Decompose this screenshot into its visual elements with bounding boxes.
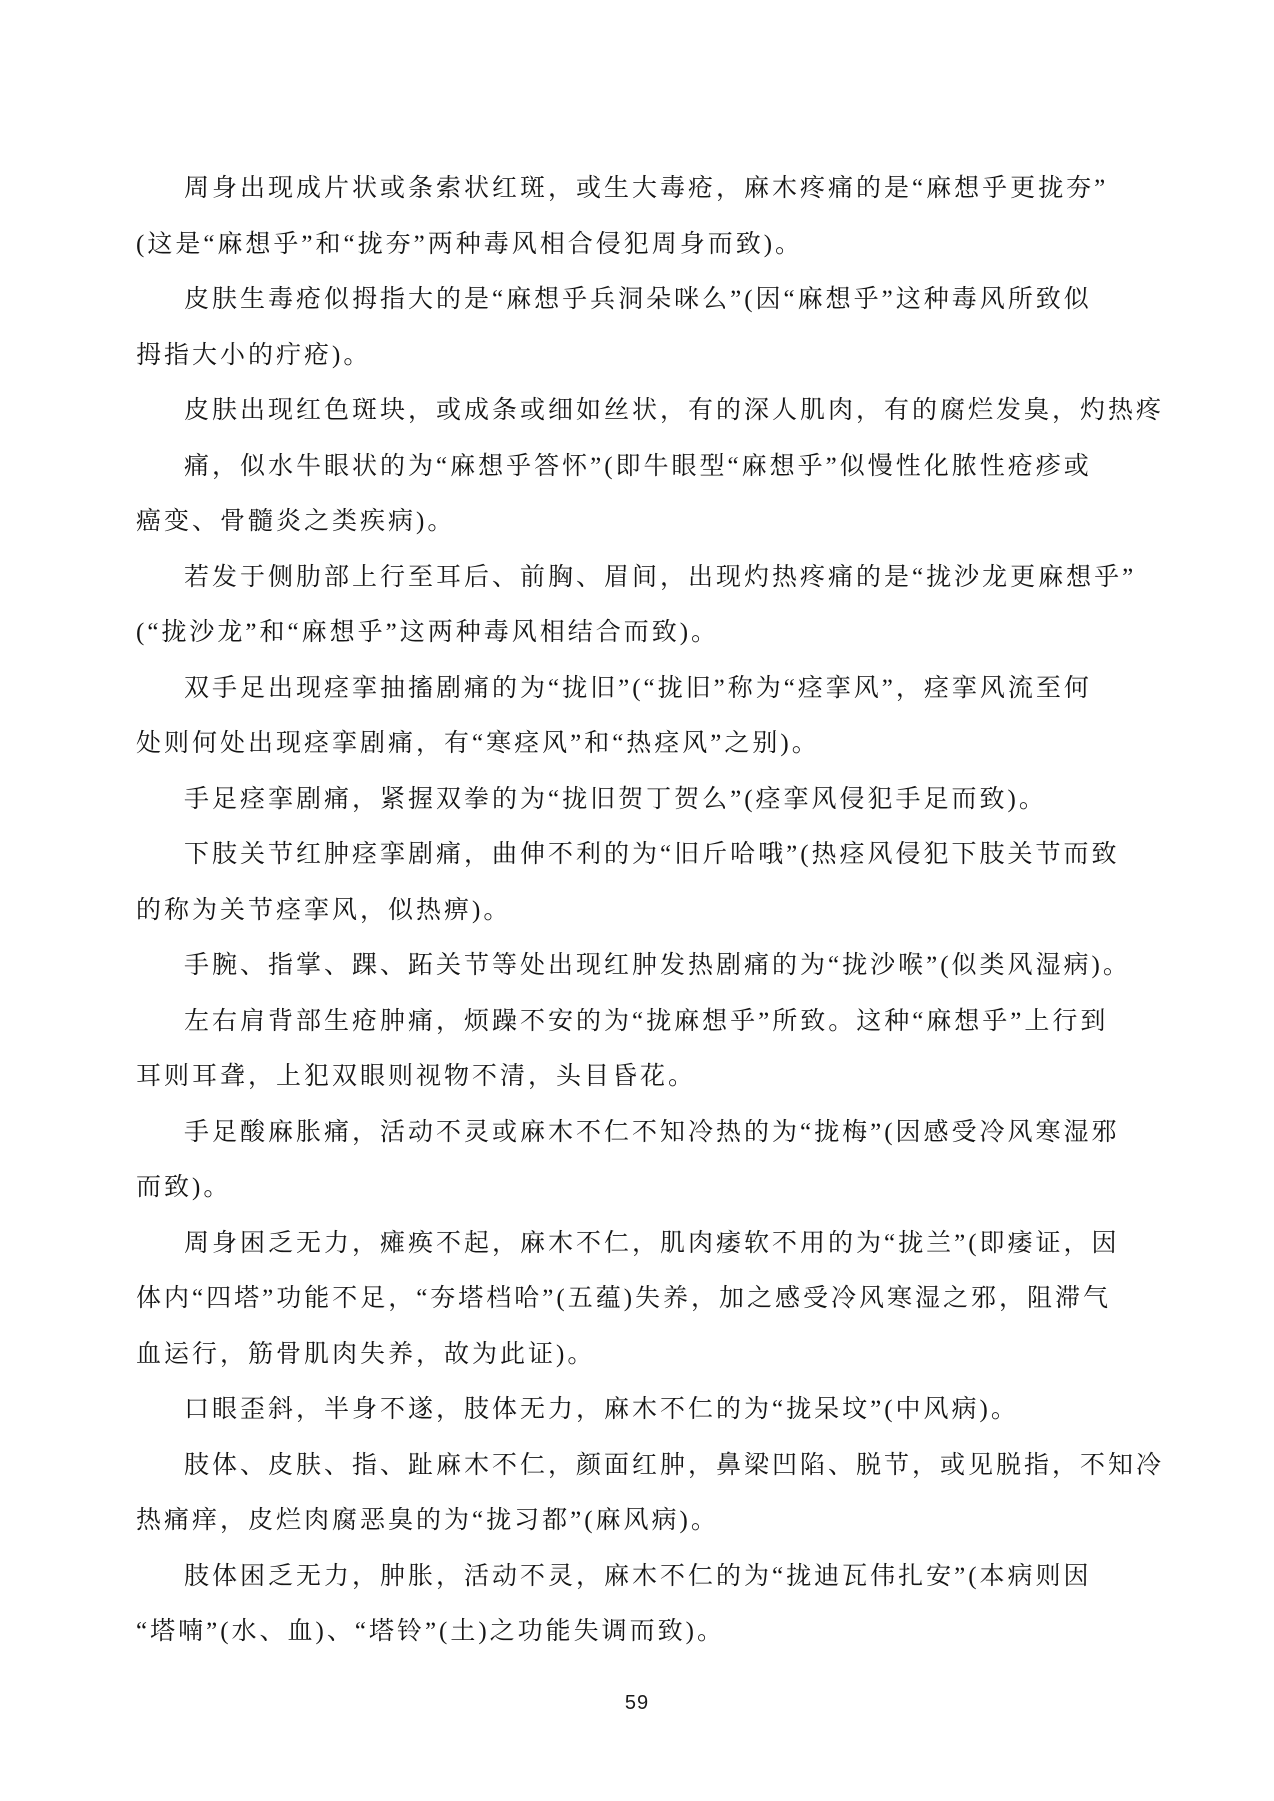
text-line: (“拢沙龙”和“麻想乎”这两种毒风相结合而致)。 xyxy=(136,605,1140,661)
text-line: 热痛痒，皮烂肉腐恶臭的为“拢习都”(麻风病)。 xyxy=(136,1493,1140,1549)
text-line: 肢体、皮肤、指、趾麻木不仁，颜面红肿，鼻梁凹陷、脱节，或见脱指，不知冷 xyxy=(136,1438,1140,1494)
text-line: 痛，似水牛眼状的为“麻想乎答怀”(即牛眼型“麻想乎”似慢性化脓性疮疹或 xyxy=(136,439,1140,495)
text-line: 左右肩背部生疮肿痛，烦躁不安的为“拢麻想乎”所致。这种“麻想乎”上行到 xyxy=(136,994,1140,1050)
text-line: 周身困乏无力，瘫痪不起，麻木不仁，肌肉痿软不用的为“拢兰”(即痿证，因 xyxy=(136,1216,1140,1272)
text-line: 皮肤生毒疮似拇指大的是“麻想乎兵洞朵咪么”(因“麻想乎”这种毒风所致似 xyxy=(136,272,1140,328)
text-line: 的称为关节痉挛风，似热痹)。 xyxy=(136,883,1140,939)
text-line: 若发于侧肋部上行至耳后、前胸、眉间，出现灼热疼痛的是“拢沙龙更麻想乎” xyxy=(136,550,1140,606)
text-line: 癌变、骨髓炎之类疾病)。 xyxy=(136,494,1140,550)
text-line: 周身出现成片状或条索状红斑，或生大毒疮，麻木疼痛的是“麻想乎更拢夯” xyxy=(136,161,1140,217)
text-line: 而致)。 xyxy=(136,1160,1140,1216)
text-line: 处则何处出现痉挛剧痛，有“寒痉风”和“热痉风”之别)。 xyxy=(136,716,1140,772)
page-number: 59 xyxy=(0,1692,1274,1715)
text-line: 手足酸麻胀痛，活动不灵或麻木不仁不知冷热的为“拢梅”(因感受冷风寒湿邪 xyxy=(136,1105,1140,1161)
document-page: 周身出现成片状或条索状红斑，或生大毒疮，麻木疼痛的是“麻想乎更拢夯”(这是“麻想… xyxy=(0,0,1274,1801)
text-line: 体内“四塔”功能不足，“夯塔档哈”(五蕴)失养，加之感受冷风寒湿之邪，阻滞气 xyxy=(136,1271,1140,1327)
text-line: 血运行，筋骨肌肉失养，故为此证)。 xyxy=(136,1327,1140,1383)
text-line: (这是“麻想乎”和“拢夯”两种毒风相合侵犯周身而致)。 xyxy=(136,217,1140,273)
text-line: 拇指大小的疔疮)。 xyxy=(136,328,1140,384)
text-line: 手腕、指掌、踝、跖关节等处出现红肿发热剧痛的为“拢沙喉”(似类风湿病)。 xyxy=(136,938,1140,994)
body-text: 周身出现成片状或条索状红斑，或生大毒疮，麻木疼痛的是“麻想乎更拢夯”(这是“麻想… xyxy=(136,161,1140,1660)
text-line: 口眼歪斜，半身不遂，肢体无力，麻木不仁的为“拢呆坟”(中风病)。 xyxy=(136,1382,1140,1438)
text-line: 肢体困乏无力，肿胀，活动不灵，麻木不仁的为“拢迪瓦伟扎安”(本病则因 xyxy=(136,1549,1140,1605)
text-line: 双手足出现痉挛抽搐剧痛的为“拢旧”(“拢旧”称为“痉挛风”，痉挛风流至何 xyxy=(136,661,1140,717)
text-line: 手足痉挛剧痛，紧握双拳的为“拢旧贺丁贺么”(痉挛风侵犯手足而致)。 xyxy=(136,772,1140,828)
text-line: 耳则耳聋，上犯双眼则视物不清，头目昏花。 xyxy=(136,1049,1140,1105)
text-line: 皮肤出现红色斑块，或成条或细如丝状，有的深人肌肉，有的腐烂发臭，灼热疼 xyxy=(136,383,1140,439)
text-line: “塔喃”(水、血)、“塔铃”(土)之功能失调而致)。 xyxy=(136,1604,1140,1660)
text-line: 下肢关节红肿痉挛剧痛，曲伸不利的为“旧斤哈哦”(热痉风侵犯下肢关节而致 xyxy=(136,827,1140,883)
